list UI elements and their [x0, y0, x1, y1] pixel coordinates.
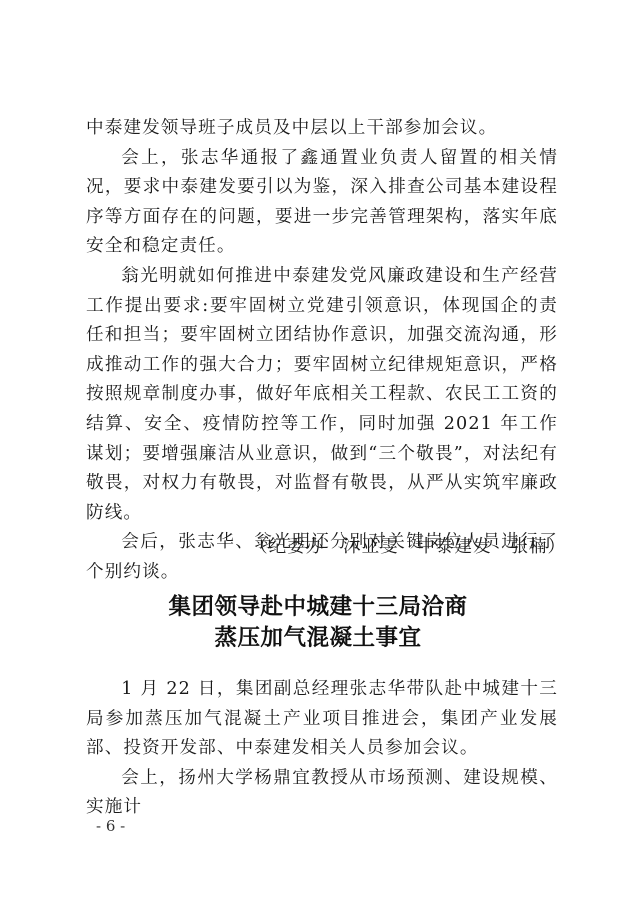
- section1-body: 中泰建发领导班子成员及中层以上干部参加会议。 会上，张志华通报了鑫通置业负责人留…: [86, 114, 558, 588]
- article-title: 集团领导赴中城建十三局洽商 蒸压加气混凝土事宜: [60, 592, 576, 654]
- paragraph: 翁光明就如何推进中泰建发党风廉政建设和生产经营工作提出要求:要牢固树立党建引领意…: [86, 262, 558, 528]
- article-title-line-2: 蒸压加气混凝土事宜: [60, 623, 576, 654]
- paragraph: 会上，扬州大学杨鼎宜教授从市场预测、建设规模、实施计: [86, 764, 558, 823]
- section2-body: 1 月 22 日，集团副总经理张志华带队赴中城建十三局参加蒸压加气混凝土产业项目…: [86, 675, 558, 823]
- paragraph: 中泰建发领导班子成员及中层以上干部参加会议。: [86, 114, 558, 144]
- article-title-line-1: 集团领导赴中城建十三局洽商: [60, 592, 576, 623]
- page-number: - 6 -: [96, 817, 125, 835]
- paragraph: 会上，张志华通报了鑫通置业负责人留置的相关情况，要求中泰建发要引以为鉴，深入排查…: [86, 144, 558, 262]
- byline: （纪委办 沐亚雯 中泰建发 张楠）: [250, 533, 558, 563]
- paragraph: 1 月 22 日，集团副总经理张志华带队赴中城建十三局参加蒸压加气混凝土产业项目…: [86, 675, 558, 764]
- document-page: 中泰建发领导班子成员及中层以上干部参加会议。 会上，张志华通报了鑫通置业负责人留…: [0, 0, 636, 900]
